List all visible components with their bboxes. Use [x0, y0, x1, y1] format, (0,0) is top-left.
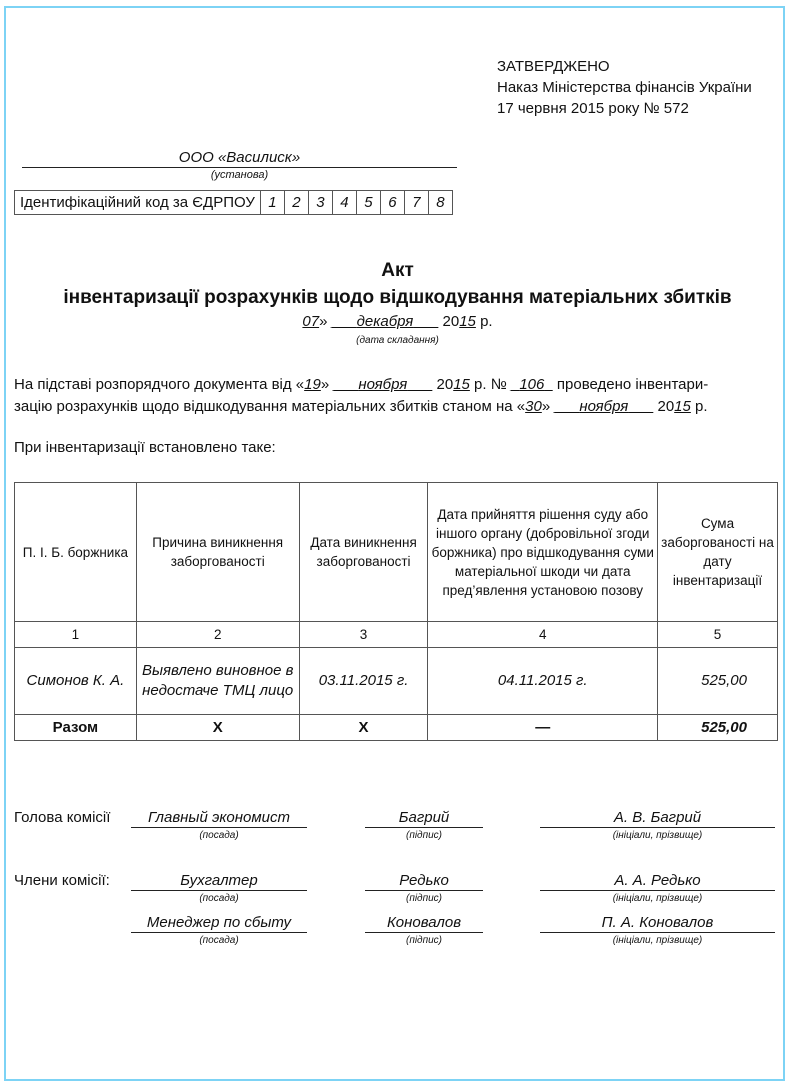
chair-name[interactable]: А. В. Багрий — [540, 808, 775, 828]
member-2-name[interactable]: П. А. Коновалов — [540, 913, 775, 933]
position-caption: (посада) — [131, 893, 307, 904]
doc-number[interactable]: 106 — [519, 376, 544, 393]
member-1-position[interactable]: Бухгалтер — [131, 871, 307, 891]
signature-caption: (підпис) — [365, 893, 483, 904]
total-label: Разом — [15, 715, 137, 741]
inv-month[interactable]: ноября — [579, 398, 628, 415]
doc-year[interactable]: 15 — [453, 376, 470, 393]
compile-month[interactable]: декабря — [357, 313, 414, 330]
edrpou-digit[interactable]: 4 — [332, 191, 356, 215]
position-caption: (посада) — [131, 830, 307, 841]
signature-caption: (підпис) — [365, 830, 483, 841]
name-caption: (ініціали, прізвище) — [540, 935, 775, 946]
edrpou-label: Ідентифікаційний код за ЄДРПОУ — [15, 191, 261, 215]
approval-line-3: 17 червня 2015 року № 572 — [497, 98, 752, 119]
edrpou-digit[interactable]: 5 — [356, 191, 380, 215]
members-label: Члени комісії: — [14, 872, 110, 889]
header-debt-date: Дата виникнення заборгованості — [299, 483, 428, 622]
name-caption: (ініціали, прізвище) — [540, 830, 775, 841]
edrpou-digit[interactable]: 6 — [380, 191, 404, 215]
total-row: Разом Х Х — 525,00 — [15, 715, 778, 741]
cell-debtor-name[interactable]: Симонов К. А. — [15, 648, 137, 715]
basis-paragraph: На підставі розпорядчого документа від «… — [14, 374, 779, 418]
cell-debt-amount[interactable]: 525,00 — [658, 648, 778, 715]
compile-year[interactable]: 15 — [459, 313, 476, 330]
header-debt-reason: Причина виникнення заборгованості — [136, 483, 299, 622]
approval-line-1: ЗАТВЕРДЖЕНО — [497, 56, 752, 77]
cell-debt-date[interactable]: 03.11.2015 г. — [299, 648, 428, 715]
compile-date: 07» ___декабря___ 2015 р. — [0, 313, 795, 330]
edrpou-digit[interactable]: 8 — [428, 191, 452, 215]
header-decision-date: Дата прийняття рішення суду або іншого о… — [428, 483, 658, 622]
organization-caption: (установа) — [22, 169, 457, 181]
position-caption: (посада) — [131, 935, 307, 946]
edrpou-digit[interactable]: 3 — [308, 191, 332, 215]
doc-month[interactable]: ноября — [358, 376, 407, 393]
document-title: Акт — [0, 260, 795, 282]
table-header-row: П. І. Б. боржника Причина виникнення заб… — [15, 483, 778, 622]
edrpou-digit[interactable]: 7 — [404, 191, 428, 215]
approval-line-2: Наказ Міністерства фінансів України — [497, 77, 752, 98]
approval-stamp: ЗАТВЕРДЖЕНО Наказ Міністерства фінансів … — [497, 56, 752, 119]
header-debtor-name: П. І. Б. боржника — [15, 483, 137, 622]
member-1-signature[interactable]: Редько — [365, 871, 483, 891]
compile-day[interactable]: 07 — [302, 313, 319, 330]
member-1-name[interactable]: А. А. Редько — [540, 871, 775, 891]
document-subtitle: інвентаризації розрахунків щодо відшкоду… — [0, 287, 795, 309]
inv-day[interactable]: 30 — [525, 398, 542, 415]
column-number-row: 1 2 3 4 5 — [15, 622, 778, 648]
doc-day[interactable]: 19 — [304, 376, 321, 393]
edrpou-code-table: Ідентифікаційний код за ЄДРПОУ 1 2 3 4 5… — [14, 190, 453, 215]
chair-position[interactable]: Главный экономист — [131, 808, 307, 828]
edrpou-digit[interactable]: 2 — [284, 191, 308, 215]
table-row: Симонов К. А. Выявлено виновное в недост… — [15, 648, 778, 715]
cell-debt-reason[interactable]: Выявлено виновное в недостаче ТМЦ лицо — [136, 648, 299, 715]
member-2-signature[interactable]: Коновалов — [365, 913, 483, 933]
organization-name[interactable]: ООО «Василиск» — [22, 148, 457, 168]
name-caption: (ініціали, прізвище) — [540, 893, 775, 904]
member-2-position[interactable]: Менеджер по сбыту — [131, 913, 307, 933]
header-debt-amount: Сума заборгованості на дату інвентаризац… — [658, 483, 778, 622]
established-text: При інвентаризації встановлено таке: — [14, 439, 276, 456]
signature-caption: (підпис) — [365, 935, 483, 946]
inv-year[interactable]: 15 — [674, 398, 691, 415]
chair-signature[interactable]: Багрий — [365, 808, 483, 828]
chair-label: Голова комісії — [14, 809, 110, 826]
compile-date-caption: (дата складання) — [0, 335, 795, 346]
total-amount: 525,00 — [658, 715, 778, 741]
cell-decision-date[interactable]: 04.11.2015 г. — [428, 648, 658, 715]
edrpou-digit[interactable]: 1 — [260, 191, 284, 215]
inventory-table: П. І. Б. боржника Причина виникнення заб… — [14, 482, 778, 741]
